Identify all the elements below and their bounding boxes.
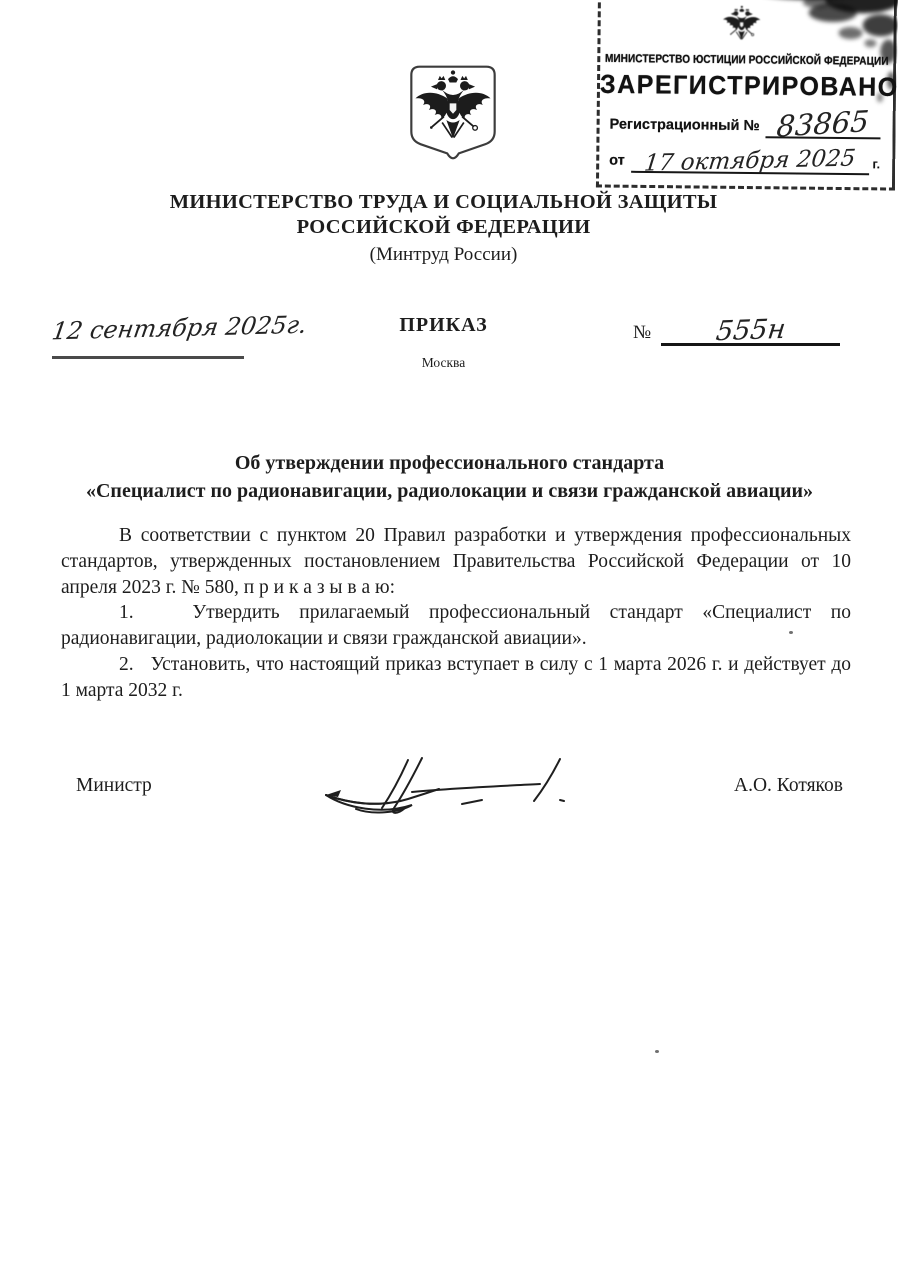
- number-sign: №: [633, 322, 651, 346]
- stamp-registration-number-row: Регистрационный № 83865: [609, 101, 880, 140]
- stamp-date-row: от 17 октября 2025 г.: [609, 137, 880, 176]
- body-paragraph-item1: 1. Утвердить прилагаемый профессиональны…: [61, 600, 851, 652]
- stamp-registered-label: ЗАРЕГИСТРИРОВАНО: [600, 70, 887, 103]
- order-subject: Об утверждении профессионального стандар…: [0, 449, 899, 505]
- body-paragraph-item2: 2. Установить, что настоящий приказ всту…: [61, 652, 851, 704]
- ministry-short-name: (Минтруд России): [0, 242, 887, 267]
- order-number-line: 555н: [661, 320, 840, 346]
- signature-autograph-icon: [312, 748, 577, 818]
- stamp-ministry-line: МИНИСТЕРСТВО ЮСТИЦИИ РОССИЙСКОЙ ФЕДЕРАЦИ…: [603, 53, 890, 69]
- stamp-reg-number-line: 83865: [766, 110, 881, 140]
- order-subject-line1: Об утверждении профессионального стандар…: [0, 449, 899, 477]
- stamp-date-label: от: [609, 153, 625, 173]
- document-place: Москва: [0, 355, 887, 371]
- document-page: МИНИСТЕРСТВО ЮСТИЦИИ РОССИЙСКОЙ ФЕДЕРАЦИ…: [0, 0, 899, 1280]
- letterhead: МИНИСТЕРСТВО ТРУДА И СОЦИАЛЬНОЙ ЗАЩИТЫ Р…: [0, 190, 887, 267]
- signer-name: А.О. Котяков: [734, 775, 843, 797]
- ministry-name-line1: МИНИСТЕРСТВО ТРУДА И СОЦИАЛЬНОЙ ЗАЩИТЫ: [0, 190, 887, 215]
- stamp-eagle-icon: [716, 0, 767, 49]
- order-number-group: № 555н: [633, 320, 840, 346]
- registration-stamp: МИНИСТЕРСТВО ЮСТИЦИИ РОССИЙСКОЙ ФЕДЕРАЦИ…: [596, 0, 897, 191]
- order-subject-line2: «Специалист по радионавигации, радиолока…: [0, 477, 899, 505]
- body-paragraph-preamble: В соответствии с пунктом 20 Правил разра…: [61, 523, 851, 600]
- order-number-value: 555н: [715, 319, 787, 344]
- stamp-reg-number-value: 83865: [776, 108, 870, 140]
- scan-speck: [789, 631, 793, 634]
- stamp-date-suffix: г.: [872, 156, 880, 175]
- stamp-reg-number-label: Регистрационный №: [609, 117, 759, 139]
- stamp-date-line: 17 октября 2025: [631, 150, 870, 175]
- coat-of-arms-icon: [402, 60, 504, 170]
- order-body: В соответствии с пунктом 20 Правил разра…: [61, 523, 851, 704]
- scan-speck: [655, 1050, 659, 1053]
- ministry-name-line2: РОССИЙСКОЙ ФЕДЕРАЦИИ: [0, 215, 887, 240]
- signer-role: Министр: [76, 775, 152, 797]
- stamp-date-value: 17 октября 2025: [643, 149, 856, 175]
